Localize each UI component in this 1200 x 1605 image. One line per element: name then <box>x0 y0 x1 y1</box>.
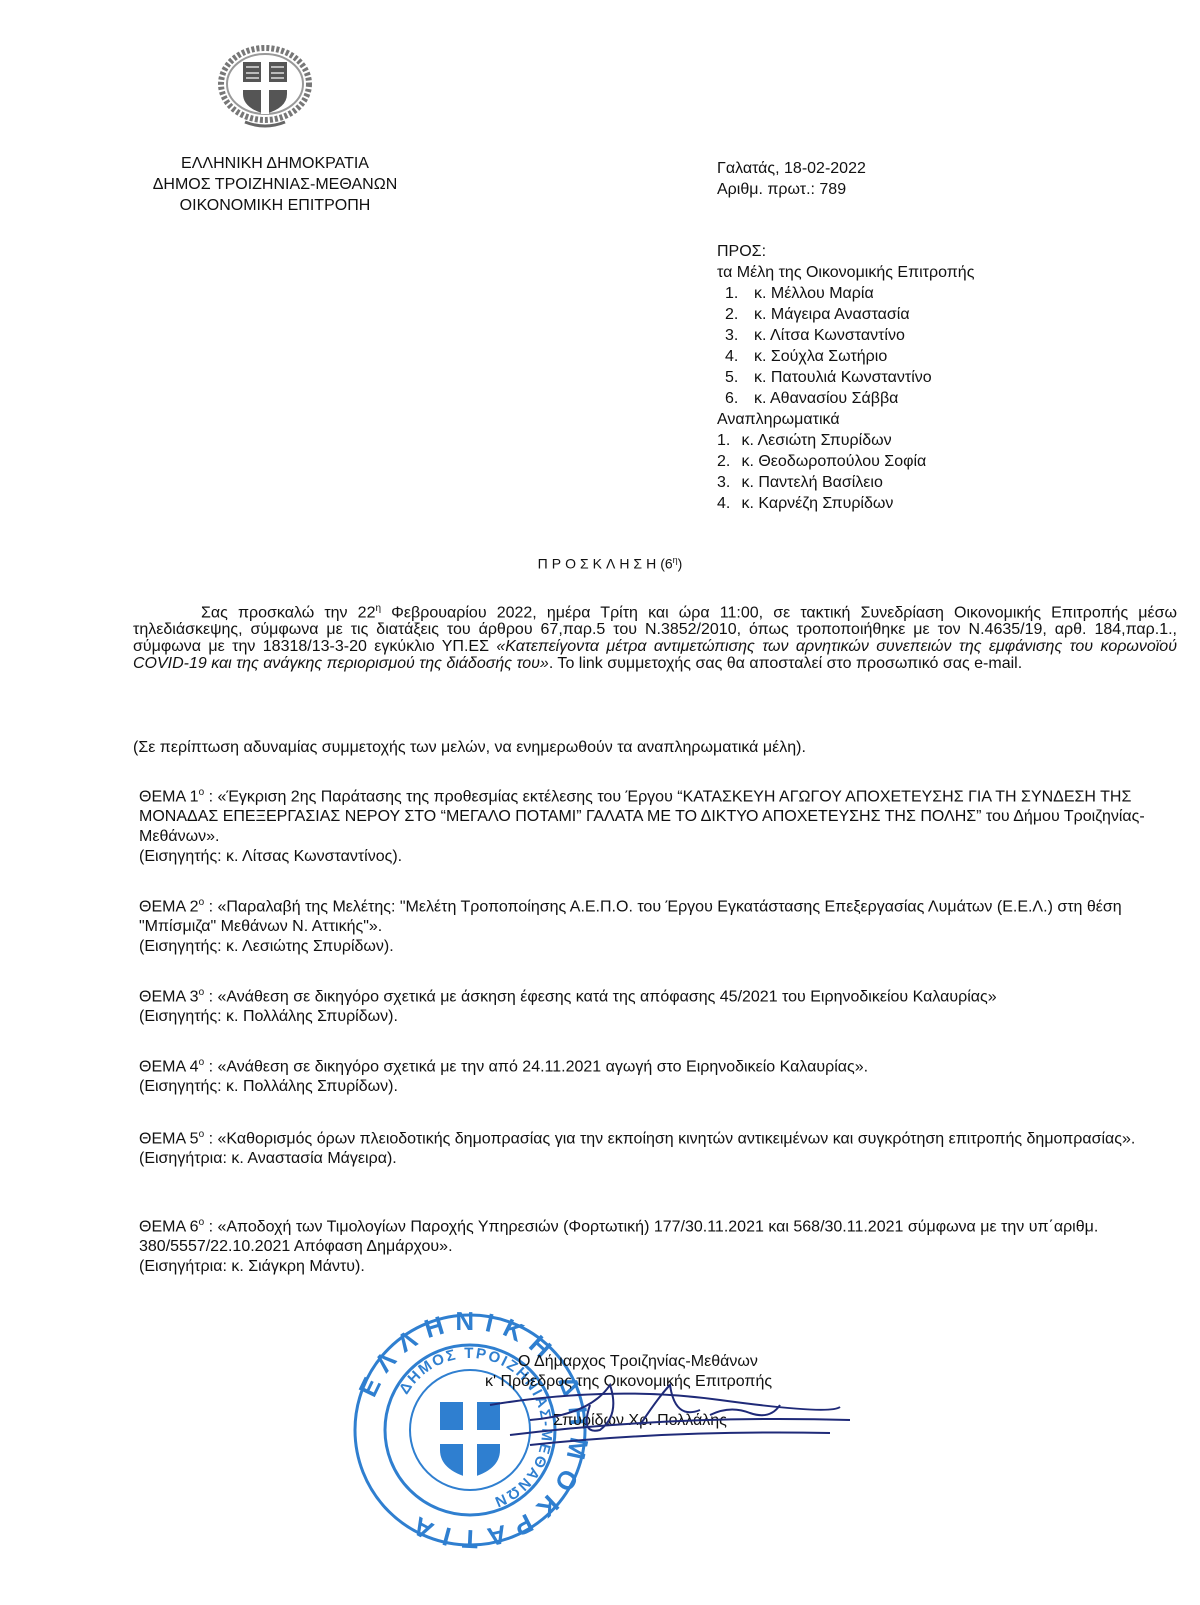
document-meta: Γαλατάς, 18-02-2022 Αριθμ. πρωτ.: 789 <box>717 158 866 200</box>
agenda-topic: ΘΕΜΑ 4ο : «Ανάθεση σε δικηγόρο σχετικά μ… <box>139 1053 1179 1097</box>
invitation-paragraph: Σας προσκαλώ την 22η Φεβρουαρίου 2022, η… <box>133 600 1177 672</box>
rapporteur: (Εισηγήτρια: κ. Σιάγκρη Μάντυ). <box>139 1257 1179 1277</box>
issuing-authority: ΕΛΛΗΝΙΚΗ ΔΗΜΟΚΡΑΤΙΑ ΔΗΜΟΣ ΤΡΟΙΖΗΝΙΑΣ-ΜΕΘ… <box>140 153 410 216</box>
agenda-topic: ΘΕΜΑ 3ο : «Ανάθεση σε δικηγόρο σχετικά μ… <box>139 983 1179 1027</box>
alternate-item: 1. κ. Λεσιώτη Σπυρίδων <box>717 430 974 451</box>
rapporteur: (Εισηγητής: κ. Πολλάλης Σπυρίδων). <box>139 1077 1179 1097</box>
rapporteur: (Εισηγητής: κ. Πολλάλης Σπυρίδων). <box>139 1007 1179 1027</box>
rapporteur: (Εισηγητής: κ. Λεσιώτης Σπυρίδων). <box>139 937 1179 957</box>
member-item: 1.κ. Μέλλου Μαρία <box>717 283 974 304</box>
alternates-label: Αναπληρωματικά <box>717 409 974 430</box>
recipients-block: ΠΡΟΣ: τα Μέλη της Οικονομικής Επιτροπής … <box>717 241 974 514</box>
member-item: 5.κ. Πατουλιά Κωνσταντίνο <box>717 367 974 388</box>
org-line: ΕΛΛΗΝΙΚΗ ΔΗΜΟΚΡΑΤΙΑ <box>140 153 410 174</box>
protocol-number: Αριθμ. πρωτ.: 789 <box>717 179 866 200</box>
member-item: 3.κ. Λίτσα Κωνσταντίνο <box>717 325 974 346</box>
alternate-item: 3. κ. Παντελή Βασίλειο <box>717 472 974 493</box>
member-item: 4.κ. Σούχλα Σωτήριο <box>717 346 974 367</box>
agenda-topic: ΘΕΜΑ 6ο : «Αποδοχή των Τιμολογίων Παροχή… <box>139 1213 1179 1277</box>
member-item: 2.κ. Μάγειρα Αναστασία <box>717 304 974 325</box>
document-title: ΠΡΟΣΚΛΗΣΗ(6η) <box>0 555 1200 572</box>
alternate-item: 2. κ. Θεοδωροπούλου Σοφία <box>717 451 974 472</box>
alternates-note: (Σε περίπτωση αδυναμίας συμμετοχής των μ… <box>133 738 806 758</box>
org-line: ΟΙΚΟΝΟΜΙΚΗ ΕΠΙΤΡΟΠΗ <box>140 195 410 216</box>
handwritten-signature-icon <box>470 1375 850 1455</box>
member-item: 6.κ. Αθανασίου Σάββα <box>717 388 974 409</box>
org-line: ΔΗΜΟΣ ΤΡΟΙΖΗΝΙΑΣ-ΜΕΘΑΝΩΝ <box>140 174 410 195</box>
greek-coat-of-arms-icon <box>215 42 315 132</box>
members-label: τα Μέλη της Οικονομικής Επιτροπής <box>717 262 974 283</box>
to-label: ΠΡΟΣ: <box>717 241 974 262</box>
rapporteur: (Εισηγήτρια: κ. Αναστασία Μάγειρα). <box>139 1149 1179 1169</box>
alternate-item: 4. κ. Καρνέζη Σπυρίδων <box>717 493 974 514</box>
agenda-topic: ΘΕΜΑ 1ο : «Έγκριση 2ης Παράτασης της προ… <box>139 783 1179 867</box>
agenda-topic: ΘΕΜΑ 2ο : «Παραλαβή της Μελέτης: "Μελέτη… <box>139 893 1179 957</box>
rapporteur: (Εισηγητής: κ. Λίτσας Κωνσταντίνος). <box>139 847 1179 867</box>
agenda-topic: ΘΕΜΑ 5ο : «Καθορισμός όρων πλειοδοτικής … <box>139 1125 1179 1169</box>
signatory-title: Ο Δήμαρχος Τροιζηνίας-Μεθάνων <box>518 1352 772 1372</box>
place-date: Γαλατάς, 18-02-2022 <box>717 158 866 179</box>
